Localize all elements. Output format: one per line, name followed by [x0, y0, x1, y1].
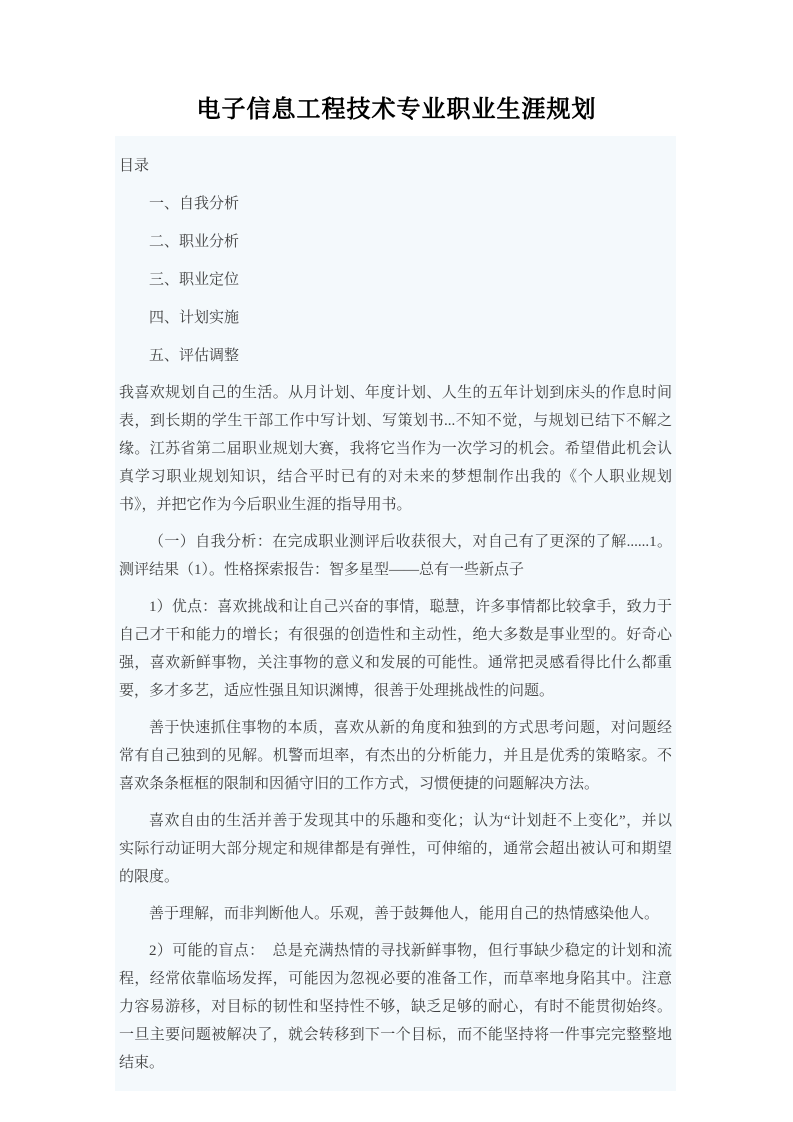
paragraph-self-analysis: （一）自我分析：在完成职业测评后收获很大，对自己有了更深的了解......1。测…: [119, 528, 672, 584]
toc-item-career-positioning: 三、职业定位: [119, 266, 672, 294]
paragraph-strengths: 1）优点：喜欢挑战和让自己兴奋的事情，聪慧，许多事情都比较拿手，致力于自己才干和…: [119, 593, 672, 705]
paragraph-intro: 我喜欢规划自己的生活。从月计划、年度计划、人生的五年计划到床头的作息时间表，到长…: [119, 379, 672, 519]
paragraph-blind-spots: 2）可能的盲点： 总是充满热情的寻找新鲜事物，但行事缺少稳定的计划和流程，经常依…: [119, 937, 672, 1077]
content-panel: 目录 一、自我分析 二、职业分析 三、职业定位 四、计划实施 五、评估调整 我喜…: [115, 136, 676, 1091]
paragraph-understanding: 善于理解，而非判断他人。乐观，善于鼓舞他人，能用自己的热情感染他人。: [119, 900, 672, 928]
toc-item-self-analysis: 一、自我分析: [119, 190, 672, 218]
document-page: 电子信息工程技术专业职业生涯规划 目录 一、自我分析 二、职业分析 三、职业定位…: [0, 0, 793, 1122]
toc-heading: 目录: [119, 152, 672, 180]
toc-item-evaluation-adjustment: 五、评估调整: [119, 342, 672, 370]
toc-item-career-analysis: 二、职业分析: [119, 228, 672, 256]
paragraph-insight: 善于快速抓住事物的本质，喜欢从新的角度和独到的方式思考问题，对问题经常有自己独到…: [119, 714, 672, 798]
document-title: 电子信息工程技术专业职业生涯规划: [0, 92, 793, 128]
paragraph-freedom: 喜欢自由的生活并善于发现其中的乐趣和变化；认为“计划赶不上变化”，并以实际行动证…: [119, 807, 672, 891]
toc-item-plan-implementation: 四、计划实施: [119, 304, 672, 332]
